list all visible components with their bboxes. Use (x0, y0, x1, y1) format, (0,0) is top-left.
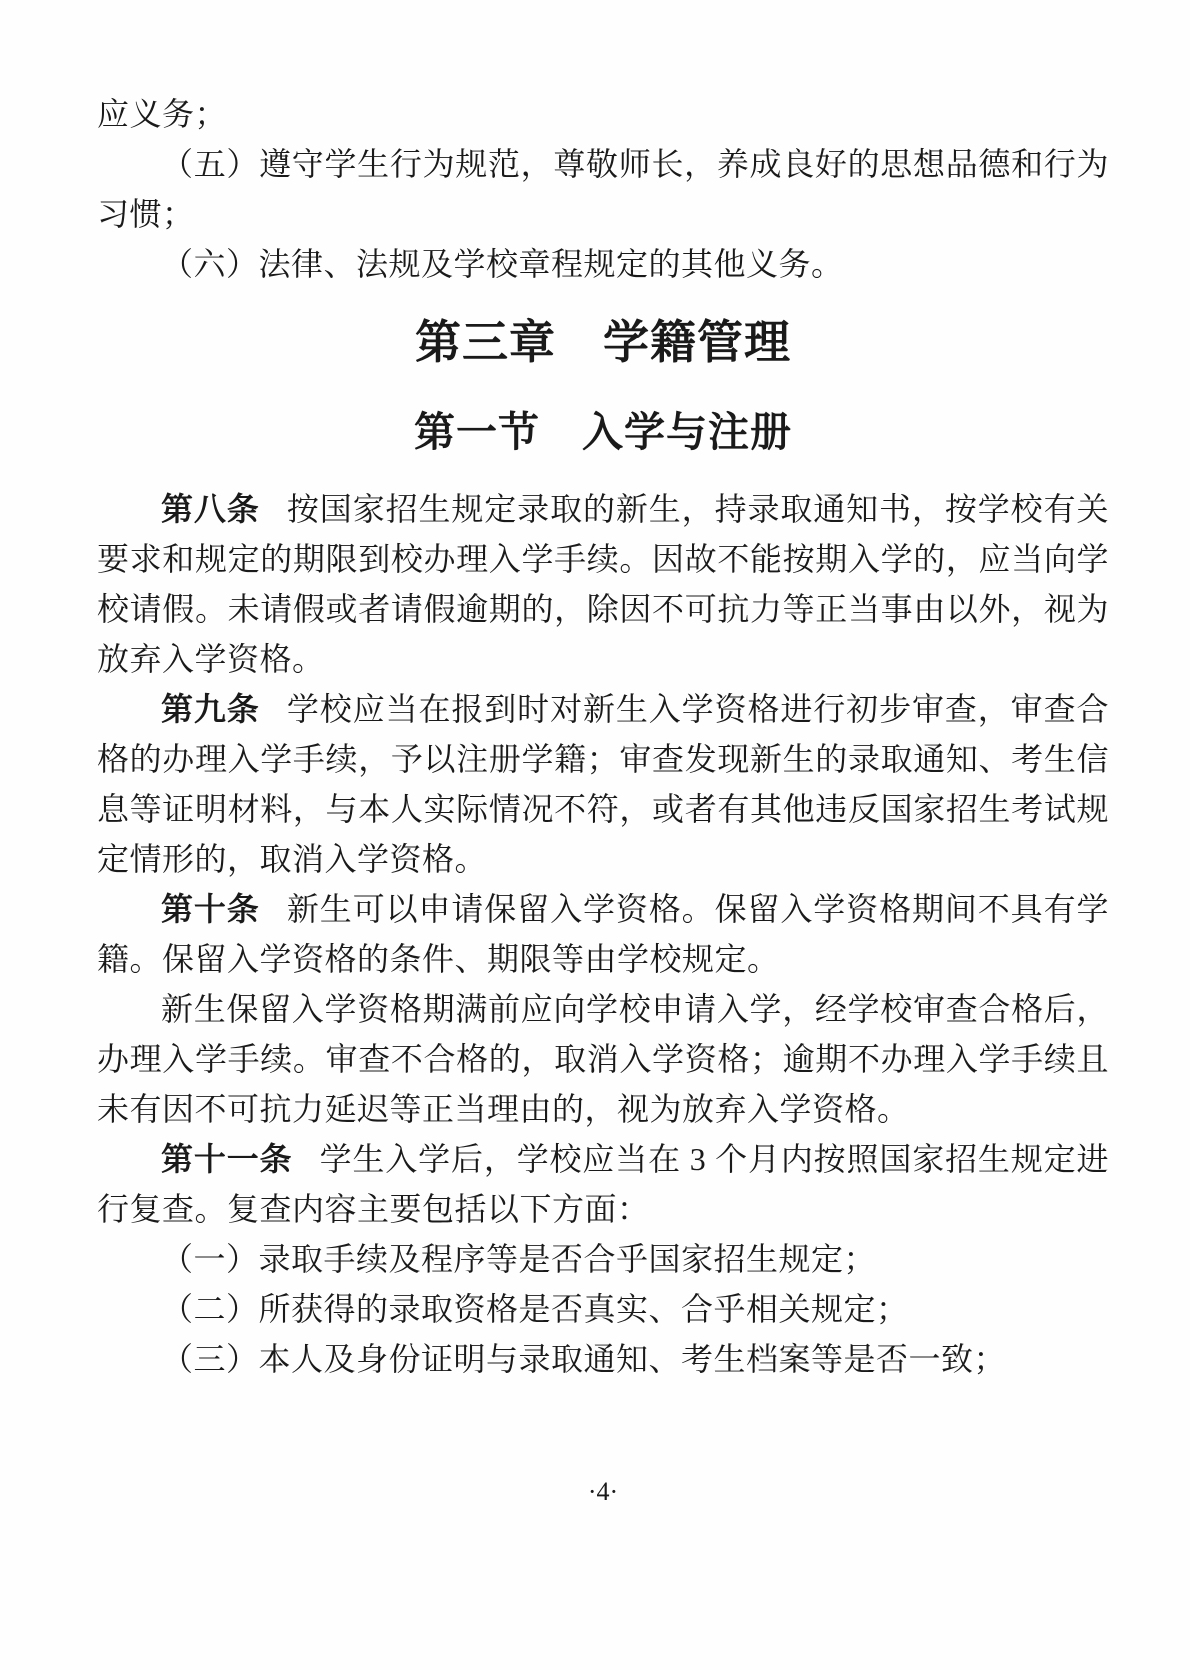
article-8-label: 第八条 (161, 491, 260, 527)
article-8: 第八条按国家招生规定录取的新生，持录取通知书，按学校有关要求和规定的期限到校办理… (97, 484, 1109, 684)
document-page: 应义务； （五）遵守学生行为规范，尊敬师长，养成良好的思想品德和行为习惯； （六… (0, 0, 1190, 1670)
document-body: 应义务； （五）遵守学生行为规范，尊敬师长，养成良好的思想品德和行为习惯； （六… (97, 89, 1109, 1384)
article-9: 第九条学校应当在报到时对新生入学资格进行初步审查，审查合格的办理入学手续，予以注… (97, 684, 1109, 884)
article-11: 第十一条学生入学后，学校应当在 3 个月内按照国家招生规定进行复查。复查内容主要… (97, 1134, 1109, 1234)
obligation-item-6: （六）法律、法规及学校章程规定的其他义务。 (97, 239, 1109, 289)
article-10-paragraph-2: 新生保留入学资格期满前应向学校申请入学，经学校审查合格后，办理入学手续。审查不合… (97, 984, 1109, 1134)
section-heading: 第一节 入学与注册 (97, 411, 1109, 453)
article-11-label: 第十一条 (161, 1141, 292, 1177)
continuation-line: 应义务； (97, 89, 1109, 139)
chapter-heading: 第三章 学籍管理 (97, 320, 1109, 366)
obligation-item-5: （五）遵守学生行为规范，尊敬师长，养成良好的思想品德和行为习惯； (97, 139, 1109, 239)
review-item-1: （一）录取手续及程序等是否合乎国家招生规定； (97, 1234, 1109, 1284)
review-item-2: （二）所获得的录取资格是否真实、合乎相关规定； (97, 1284, 1109, 1334)
article-10-label: 第十条 (161, 891, 260, 927)
review-item-3: （三）本人及身份证明与录取通知、考生档案等是否一致； (97, 1334, 1109, 1384)
page-number: ·4· (97, 1479, 1109, 1505)
article-10: 第十条新生可以申请保留入学资格。保留入学资格期间不具有学籍。保留入学资格的条件、… (97, 884, 1109, 984)
article-9-label: 第九条 (161, 691, 260, 727)
